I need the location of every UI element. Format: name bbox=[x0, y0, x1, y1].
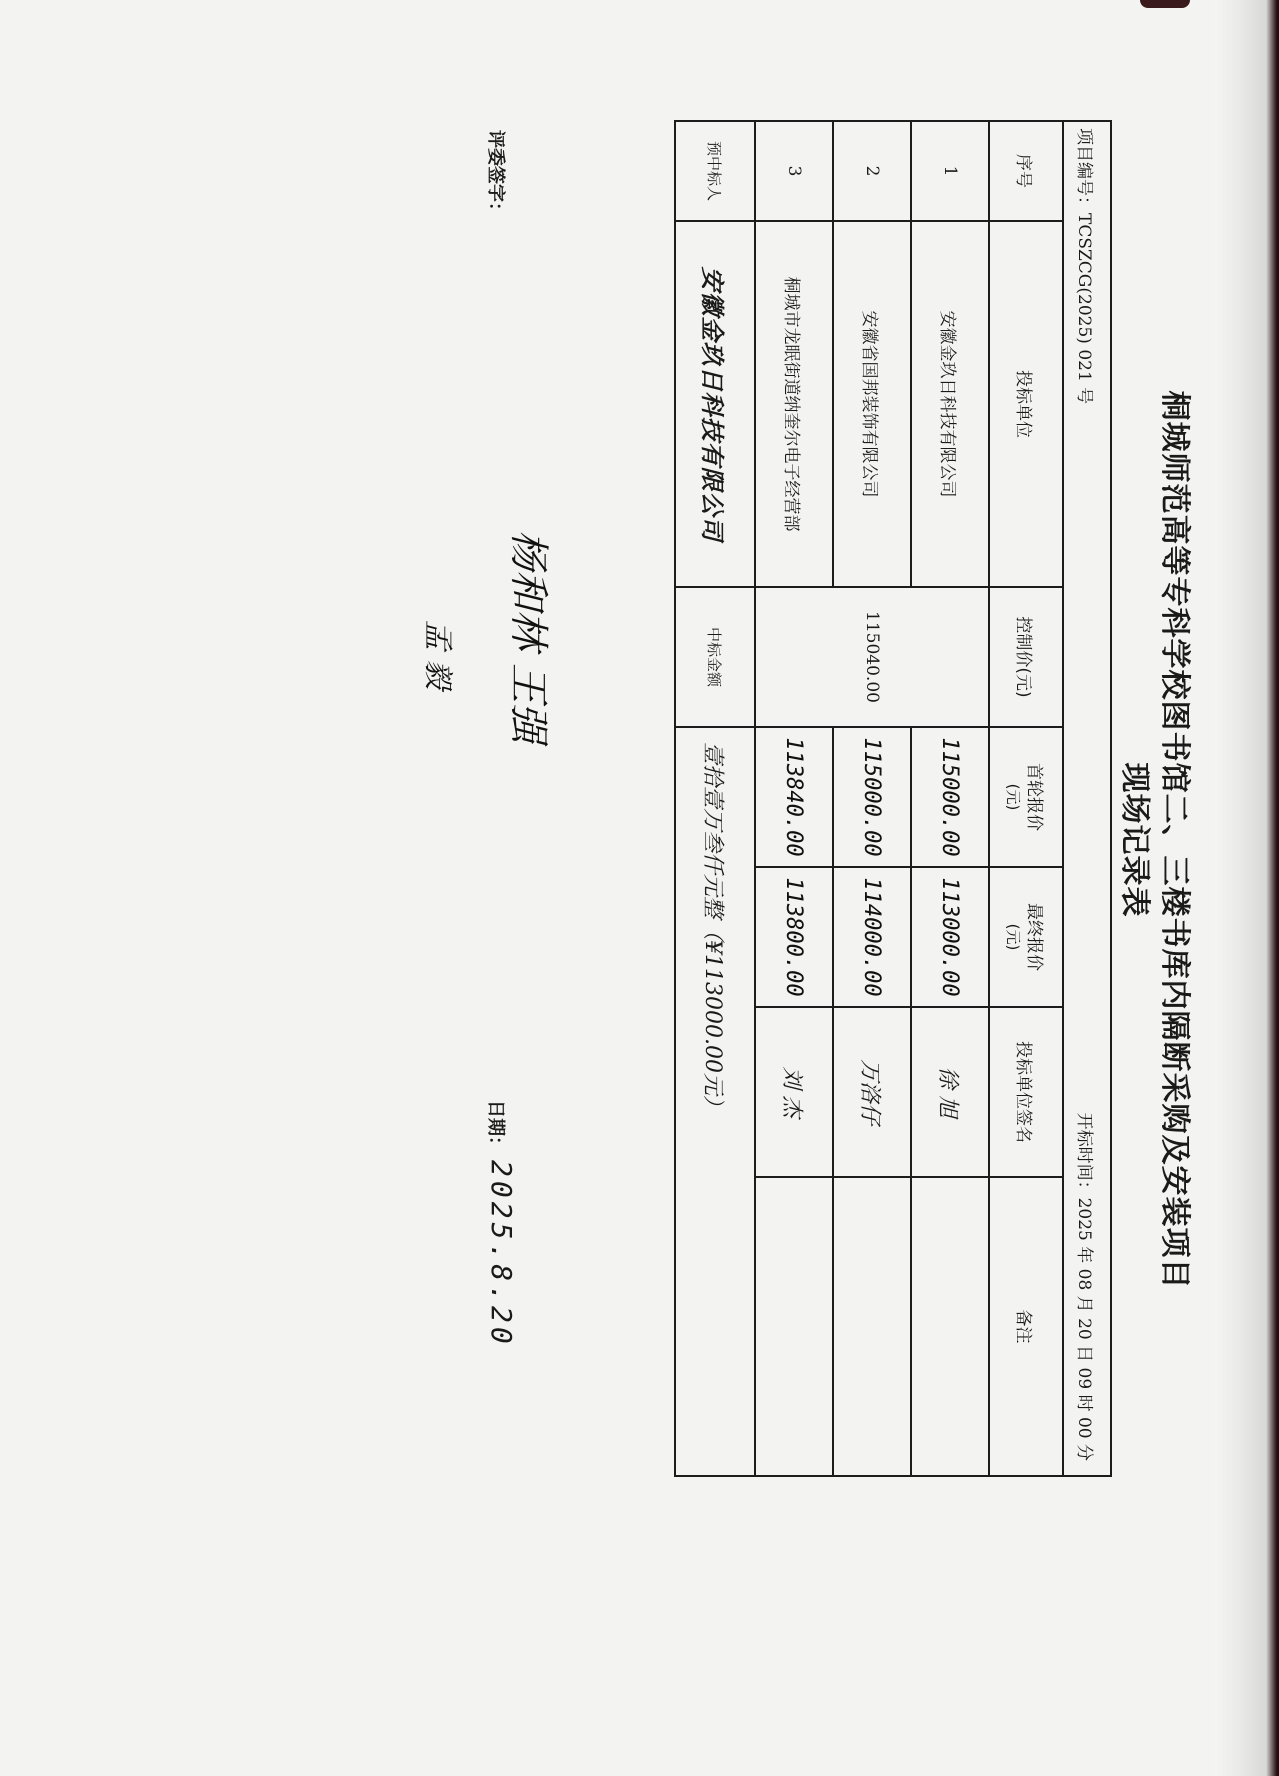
header-control-price: 控制价(元) bbox=[989, 587, 1063, 727]
header-remarks: 备注 bbox=[989, 1177, 1063, 1476]
row-signature: 徐 旭 bbox=[911, 1007, 989, 1177]
row-index: 3 bbox=[755, 121, 833, 221]
row-bidder: 安徽省国邦装饰有限公司 bbox=[833, 221, 911, 587]
row-bidder: 桐城市龙眠街道纳奎尔电子经营部 bbox=[755, 221, 833, 587]
row-index: 2 bbox=[833, 121, 911, 221]
row-first-quote: 113840.00 bbox=[755, 727, 833, 867]
header-first-quote-unit: (元) bbox=[1003, 734, 1024, 860]
winner-name: 安徽金玖日科技有限公司 bbox=[675, 221, 755, 587]
row-first-quote: 115000.00 bbox=[833, 727, 911, 867]
paper-edge bbox=[1140, 0, 1190, 8]
judges-signatures: 杨和林 王强 孟 毅 bbox=[419, 530, 560, 743]
header-final-quote-label: 最终报价 bbox=[1024, 903, 1044, 971]
winner-row: 预中标人 安徽金玖日科技有限公司 中标金额 壹拾壹万叁仟元整（¥113000.0… bbox=[675, 121, 755, 1476]
row-final-quote: 113000.00 bbox=[911, 867, 989, 1007]
open-time-value: 2025 年 08 月 20 日 09 时 00 分 bbox=[1075, 1198, 1095, 1461]
judge-signature: 杨和林 王强 bbox=[505, 530, 551, 743]
header-first-quote-label: 首轮报价 bbox=[1024, 763, 1044, 831]
header-bidder: 投标单位 bbox=[989, 221, 1063, 587]
row-remarks bbox=[833, 1177, 911, 1476]
table-row: 2 安徽省国邦装饰有限公司 115000.00 114000.00 万洛仔 bbox=[833, 121, 911, 1476]
project-number: 项目编号：TCSZCG(2025) 021 号 bbox=[1063, 121, 1111, 867]
header-signature: 投标单位签名 bbox=[989, 1007, 1063, 1177]
row-bidder: 安徽金玖日科技有限公司 bbox=[911, 221, 989, 587]
row-final-quote: 114000.00 bbox=[833, 867, 911, 1007]
date-label: 日期： bbox=[484, 1100, 510, 1154]
winning-amount-label: 中标金额 bbox=[675, 587, 755, 727]
header-first-quote: 首轮报价 (元) bbox=[989, 727, 1063, 867]
header-final-quote-unit: (元) bbox=[1003, 874, 1024, 1000]
row-final-quote: 113800.00 bbox=[755, 867, 833, 1007]
paper-edge-shadow bbox=[1215, 0, 1279, 1776]
judges-label: 评委签字： bbox=[484, 130, 510, 220]
project-number-label: 项目编号： bbox=[1075, 128, 1095, 213]
row-signature: 万洛仔 bbox=[833, 1007, 911, 1177]
header-final-quote: 最终报价 (元) bbox=[989, 867, 1063, 1007]
row-signature: 刘 杰 bbox=[755, 1007, 833, 1177]
table-row: 1 安徽金玖日科技有限公司 115040.00 115000.00 113000… bbox=[911, 121, 989, 1476]
winner-label: 预中标人 bbox=[675, 121, 755, 221]
header-index: 序号 bbox=[989, 121, 1063, 221]
row-remarks bbox=[755, 1177, 833, 1476]
date-value: 2025.8.20 bbox=[485, 1160, 518, 1348]
row-remarks bbox=[911, 1177, 989, 1476]
record-sheet: 桐城师范高等专科学校图书馆二、三楼书库内隔断采购及安装项目 现场记录表 项目编号… bbox=[440, 100, 1200, 1480]
row-first-quote: 115000.00 bbox=[911, 727, 989, 867]
judge-signature: 孟 毅 bbox=[419, 620, 463, 743]
table-row: 3 桐城市龙眠街道纳奎尔电子经营部 113840.00 113800.00 刘 … bbox=[755, 121, 833, 1476]
title-line-2: 现场记录表 bbox=[1116, 290, 1160, 1390]
winning-amount-value: 壹拾壹万叁仟元整（¥113000.00元） bbox=[675, 727, 755, 1476]
control-price-value: 115040.00 bbox=[755, 587, 989, 727]
title-line-1: 桐城师范高等专科学校图书馆二、三楼书库内隔断采购及安装项目 bbox=[1156, 290, 1200, 1390]
meta-row: 项目编号：TCSZCG(2025) 021 号 开标时间：2025 年 08 月… bbox=[1063, 121, 1111, 1476]
header-row: 序号 投标单位 控制价(元) 首轮报价 (元) 最终报价 (元) 投标单位签名 … bbox=[989, 121, 1063, 1476]
bid-record-table: 项目编号：TCSZCG(2025) 021 号 开标时间：2025 年 08 月… bbox=[674, 120, 1112, 1477]
open-time-label: 开标时间： bbox=[1075, 1113, 1095, 1198]
row-index: 1 bbox=[911, 121, 989, 221]
project-number-value: TCSZCG(2025) 021 号 bbox=[1075, 213, 1095, 404]
open-time: 开标时间：2025 年 08 月 20 日 09 时 00 分 bbox=[1063, 867, 1111, 1476]
